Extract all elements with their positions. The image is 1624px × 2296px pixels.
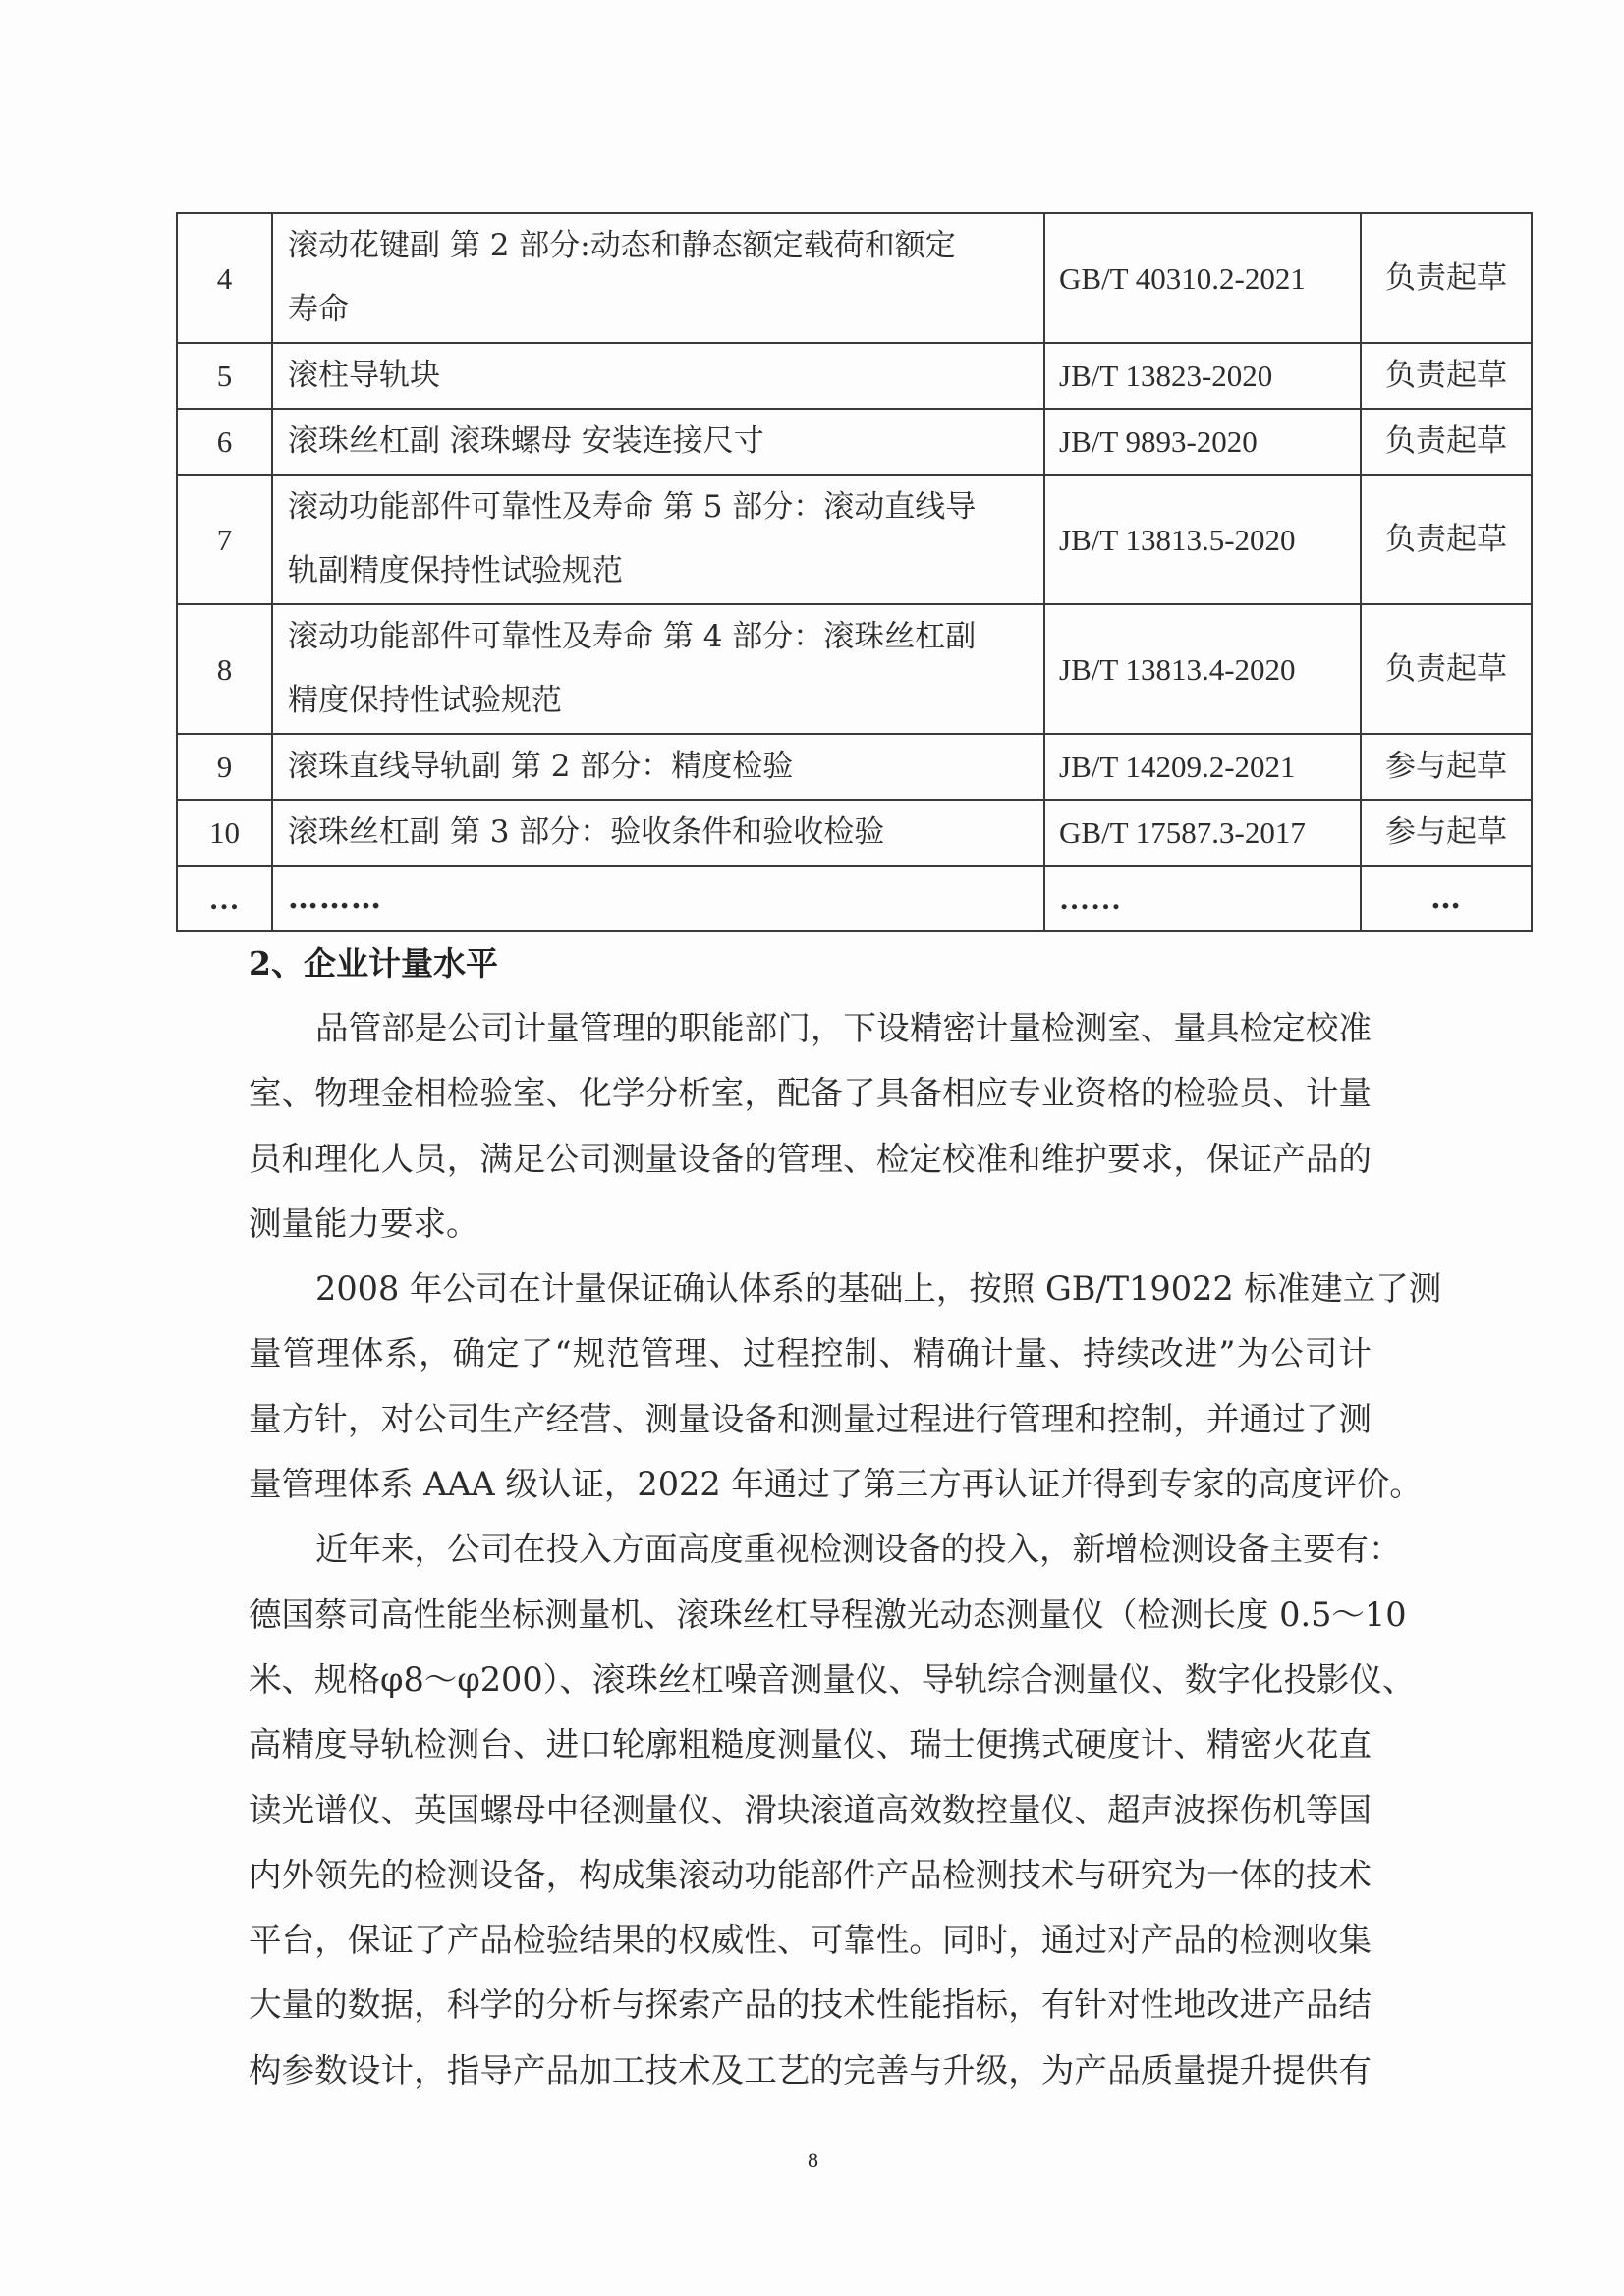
text-line: 员和理化人员，满足公司测量设备的管理、检定校准和维护要求，保证产品的 <box>249 1127 1372 1192</box>
text-line: 测量能力要求。 <box>249 1192 1372 1257</box>
section-body: 品管部是公司计量管理的职能部门，下设精密计量检测室、量具检定校准 室、物理金相检… <box>249 996 1372 2103</box>
text-line: 量方针，对公司生产经营、测量设备和测量过程进行管理和控制，并通过了测 <box>249 1387 1372 1452</box>
drafting-role: … <box>1361 866 1532 931</box>
document-page: 4 滚动花键副 第 2 部分:动态和静态额定载荷和额定 寿命 GB/T 4031… <box>0 0 1624 2296</box>
standard-title: 滚动功能部件可靠性及寿命 第 4 部分：滚珠丝杠副 精度保持性试验规范 <box>272 604 1044 734</box>
title-line: 轨副精度保持性试验规范 <box>288 539 1034 603</box>
text-line: 近年来，公司在投入方面高度重视检测设备的投入，新增检测设备主要有： <box>249 1517 1372 1582</box>
drafting-role: 负责起草 <box>1361 213 1532 343</box>
text-line: 量管理体系，确定了“规范管理、过程控制、精确计量、持续改进”为公司计 <box>249 1321 1372 1386</box>
text-line: 德国蔡司高性能坐标测量机、滚珠丝杠导程激光动态测量仪（检测长度 0.5～10 <box>249 1583 1372 1648</box>
drafting-role: 负责起草 <box>1361 604 1532 734</box>
title-line: 滚动花键副 第 2 部分:动态和静态额定载荷和额定 <box>288 214 1034 278</box>
table-row: 9 滚珠直线导轨副 第 2 部分：精度检验 JB/T 14209.2-2021 … <box>177 734 1532 800</box>
row-number: 6 <box>177 409 272 475</box>
table-row: 5 滚柱导轨块 JB/T 13823-2020 负责起草 <box>177 343 1532 409</box>
standard-code: JB/T 13813.5-2020 <box>1044 475 1361 604</box>
drafting-role: 参与起草 <box>1361 800 1532 866</box>
page-number: 8 <box>808 2148 818 2173</box>
standard-title: 滚柱导轨块 <box>272 343 1044 409</box>
title-line: 精度保持性试验规范 <box>288 669 1034 733</box>
standard-code: JB/T 14209.2-2021 <box>1044 734 1361 800</box>
drafting-role: 参与起草 <box>1361 734 1532 800</box>
section-heading: 2、企业计量水平 <box>249 938 498 984</box>
text-line: 品管部是公司计量管理的职能部门，下设精密计量检测室、量具检定校准 <box>249 996 1372 1061</box>
text-line: 大量的数据，科学的分析与探索产品的技术性能指标，有针对性地改进产品结 <box>249 1973 1372 2038</box>
standard-code: …… <box>1044 866 1361 931</box>
title-line: 寿命 <box>288 278 1034 342</box>
table-row-ellipsis: … ……… …… … <box>177 866 1532 931</box>
text-line: 构参数设计，指导产品加工技术及工艺的完善与升级，为产品质量提升提供有 <box>249 2039 1372 2103</box>
row-number: 7 <box>177 475 272 604</box>
standard-title: 滚珠丝杠副 第 3 部分：验收条件和验收检验 <box>272 800 1044 866</box>
standard-code: JB/T 9893-2020 <box>1044 409 1361 475</box>
drafting-role: 负责起草 <box>1361 343 1532 409</box>
table-row: 10 滚珠丝杠副 第 3 部分：验收条件和验收检验 GB/T 17587.3-2… <box>177 800 1532 866</box>
table-row: 4 滚动花键副 第 2 部分:动态和静态额定载荷和额定 寿命 GB/T 4031… <box>177 213 1532 343</box>
row-number: 10 <box>177 800 272 866</box>
text-line: 米、规格φ8～φ200）、滚珠丝杠噪音测量仪、导轨综合测量仪、数字化投影仪、 <box>249 1648 1372 1712</box>
standard-code: JB/T 13823-2020 <box>1044 343 1361 409</box>
row-number: 8 <box>177 604 272 734</box>
text-line: 量管理体系 AAA 级认证，2022 年通过了第三方再认证并得到专家的高度评价。 <box>249 1452 1372 1517</box>
row-number: … <box>177 866 272 931</box>
standard-title: 滚珠直线导轨副 第 2 部分：精度检验 <box>272 734 1044 800</box>
standard-title: 滚珠丝杠副 滚珠螺母 安装连接尺寸 <box>272 409 1044 475</box>
text-line: 高精度导轨检测台、进口轮廓粗糙度测量仪、瑞士便携式硬度计、精密火花直 <box>249 1712 1372 1777</box>
standard-title: 滚动花键副 第 2 部分:动态和静态额定载荷和额定 寿命 <box>272 213 1044 343</box>
drafting-role: 负责起草 <box>1361 475 1532 604</box>
title-line: 滚动功能部件可靠性及寿命 第 4 部分：滚珠丝杠副 <box>288 605 1034 669</box>
text-line: 内外领先的检测设备，构成集滚动功能部件产品检测技术与研究为一体的技术 <box>249 1843 1372 1908</box>
standard-code: GB/T 17587.3-2017 <box>1044 800 1361 866</box>
standard-code: JB/T 13813.4-2020 <box>1044 604 1361 734</box>
standard-title: ……… <box>272 866 1044 931</box>
title-line: 滚动功能部件可靠性及寿命 第 5 部分：滚动直线导 <box>288 476 1034 539</box>
drafting-role: 负责起草 <box>1361 409 1532 475</box>
text-line: 读光谱仪、英国螺母中径测量仪、滑块滚道高效数控量仪、超声波探伤机等国 <box>249 1778 1372 1843</box>
text-line: 2008 年公司在计量保证确认体系的基础上，按照 GB/T19022 标准建立了… <box>249 1257 1372 1321</box>
table-row: 8 滚动功能部件可靠性及寿命 第 4 部分：滚珠丝杠副 精度保持性试验规范 JB… <box>177 604 1532 734</box>
text-line: 平台，保证了产品检验结果的权威性、可靠性。同时，通过对产品的检测收集 <box>249 1908 1372 1973</box>
row-number: 9 <box>177 734 272 800</box>
table-row: 7 滚动功能部件可靠性及寿命 第 5 部分：滚动直线导 轨副精度保持性试验规范 … <box>177 475 1532 604</box>
standard-code: GB/T 40310.2-2021 <box>1044 213 1361 343</box>
row-number: 5 <box>177 343 272 409</box>
standards-table: 4 滚动花键副 第 2 部分:动态和静态额定载荷和额定 寿命 GB/T 4031… <box>176 212 1533 932</box>
table-row: 6 滚珠丝杠副 滚珠螺母 安装连接尺寸 JB/T 9893-2020 负责起草 <box>177 409 1532 475</box>
standard-title: 滚动功能部件可靠性及寿命 第 5 部分：滚动直线导 轨副精度保持性试验规范 <box>272 475 1044 604</box>
text-line: 室、物理金相检验室、化学分析室，配备了具备相应专业资格的检验员、计量 <box>249 1061 1372 1126</box>
row-number: 4 <box>177 213 272 343</box>
